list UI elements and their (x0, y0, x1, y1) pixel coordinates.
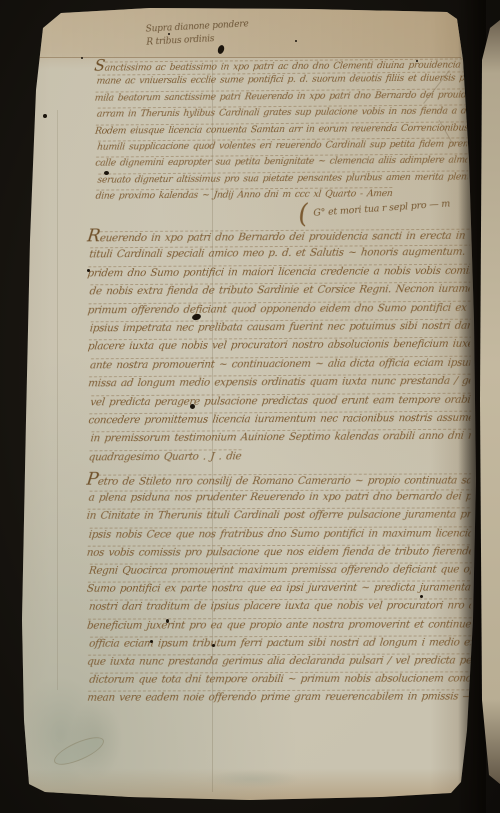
manuscript-line: in premissorum testimonium Auinione Sept… (90, 427, 472, 448)
ink-blot (43, 114, 47, 118)
ink-blot (150, 640, 153, 643)
ink-blot (420, 595, 423, 598)
manuscript-line: Regni Quocirca promouerint maximum premi… (88, 560, 472, 580)
ink-blot (104, 171, 109, 175)
manuscript-line: nos vobis comissis pro pulsacione que no… (86, 542, 472, 562)
ink-blot (81, 57, 83, 59)
chancery-note-text: G° et mori tua r sepl pro — m (313, 198, 450, 219)
manuscript-page: Supra dianone pondere R tribus ordinis S… (0, 0, 500, 813)
manuscript-line: Petro de Stileto nro consilij de Romano … (86, 469, 472, 489)
ink-blot (295, 40, 297, 42)
paragraph-2: Reuerendo in xpo patri dno Bernardo dei … (87, 225, 471, 467)
water-stain (205, 770, 300, 788)
manuscript-line: tituli Cardinali speciali amico meo p. d… (88, 243, 470, 264)
manuscript-line: ipsis nobis Cece que nos fratribus dno S… (88, 524, 472, 544)
ink-blot (168, 33, 170, 35)
photograph-of-manuscript: Supra dianone pondere R tribus ordinis S… (0, 0, 500, 813)
manuscript-line: a plena psiduna nos prudenter Reuerendo … (88, 488, 472, 508)
ink-blot (166, 619, 169, 623)
manuscript-line: quadragesimo Quarto . J . die (88, 445, 472, 466)
ink-blot (212, 644, 215, 647)
manuscript-line: de nobis extra fienda de tributo Sardini… (89, 280, 471, 301)
manuscript-line: in Cinitate in Therunis tituli Cardinali… (86, 506, 472, 526)
manuscript-line: placere iuxta que nobis vel procuratori … (87, 335, 471, 356)
manuscript-line: missa ad longum medio expensis ordinatis… (87, 372, 471, 393)
ink-blot (190, 404, 195, 409)
paragraph-1: Sanctissimo ac beatissimo in xpo patri a… (94, 54, 467, 205)
manuscript-line: que iuxta nunc prestanda gerimus alia de… (86, 651, 472, 671)
ink-blot (416, 60, 418, 62)
manuscript-line: beneficium juxerint pro ea que propio an… (86, 615, 472, 635)
manuscript-line: dictorum que tota dni tempore orabili ~ … (88, 669, 472, 689)
paragraph-3: Petro de Stileto nro consilij de Romano … (87, 469, 472, 707)
manuscript-line: officia eciam ipsum tributum ferri pactu… (88, 633, 472, 653)
crease-line (57, 110, 58, 690)
manuscript-line: mean vere eadem noie offerendo prime gra… (86, 688, 472, 708)
manuscript-line: nostri dari traditum de ipsius placere i… (88, 597, 472, 617)
ink-blot (87, 269, 90, 272)
manuscript-line: Sumo pontifici ex parte nostra que ea ip… (86, 578, 472, 598)
